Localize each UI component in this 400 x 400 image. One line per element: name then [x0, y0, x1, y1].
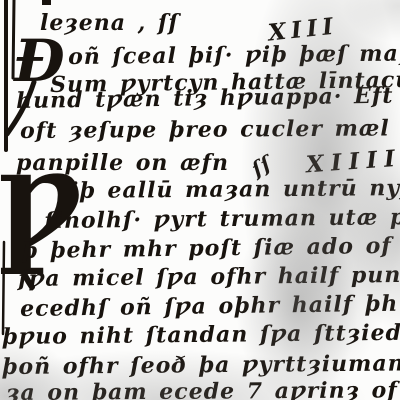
manuscript-line: iþ eallū maȝan untrū nyſſū· ȝ: [70, 176, 400, 202]
cut-off-stroke-top-edge: [42, 0, 51, 5]
manuscript-line: ecedhſ oñ ſƿa oþhr hailf þh tþ ſiæ: [20, 291, 400, 320]
manuscript-line: ſƿa micel ſƿa ofhr hailf pund ſiæ· ȝ: [18, 263, 400, 290]
manuscript-line: panpille on æfn: [16, 152, 229, 174]
manuscript-line: hund tƿæn tiȝ hƿuappa· Eft ſcea: [16, 84, 400, 112]
manuscript-line: leȝena , ſſ: [40, 12, 179, 34]
chapter-numeral-xiii: XIII: [267, 14, 339, 44]
manuscript-page: Ð Ƿ leȝena , ſſ oñ ſceal þiſ· ƿiþ þæſ ma…: [0, 0, 400, 400]
manuscript-line: oñ ſceal þiſ· ƿiþ þæſ maȝan ſƿi: [68, 42, 400, 68]
manuscript-line: oft ȝeſupe þreo cucler mæl þoñ h: [20, 117, 400, 142]
chapter-numeral-xiiii: XIIII: [305, 147, 400, 177]
manuscript-line: finolhſ· ƿyrt truman utæ paȝi: [44, 206, 400, 232]
manuscript-line: þ þehr mhr poſt ſiæ ado of þam fin: [22, 233, 400, 262]
manuscript-line: þƿuo niht ſtandan ſƿa ſttȝiedhiæ·: [2, 321, 400, 348]
manuscript-line: ȝa on þam ecede 7 aƿrinȝ of þam: [6, 379, 400, 400]
manuscript-line: þoñ ofhr ſeoð þa ƿyrttȝiuman hƿ: [2, 352, 400, 378]
